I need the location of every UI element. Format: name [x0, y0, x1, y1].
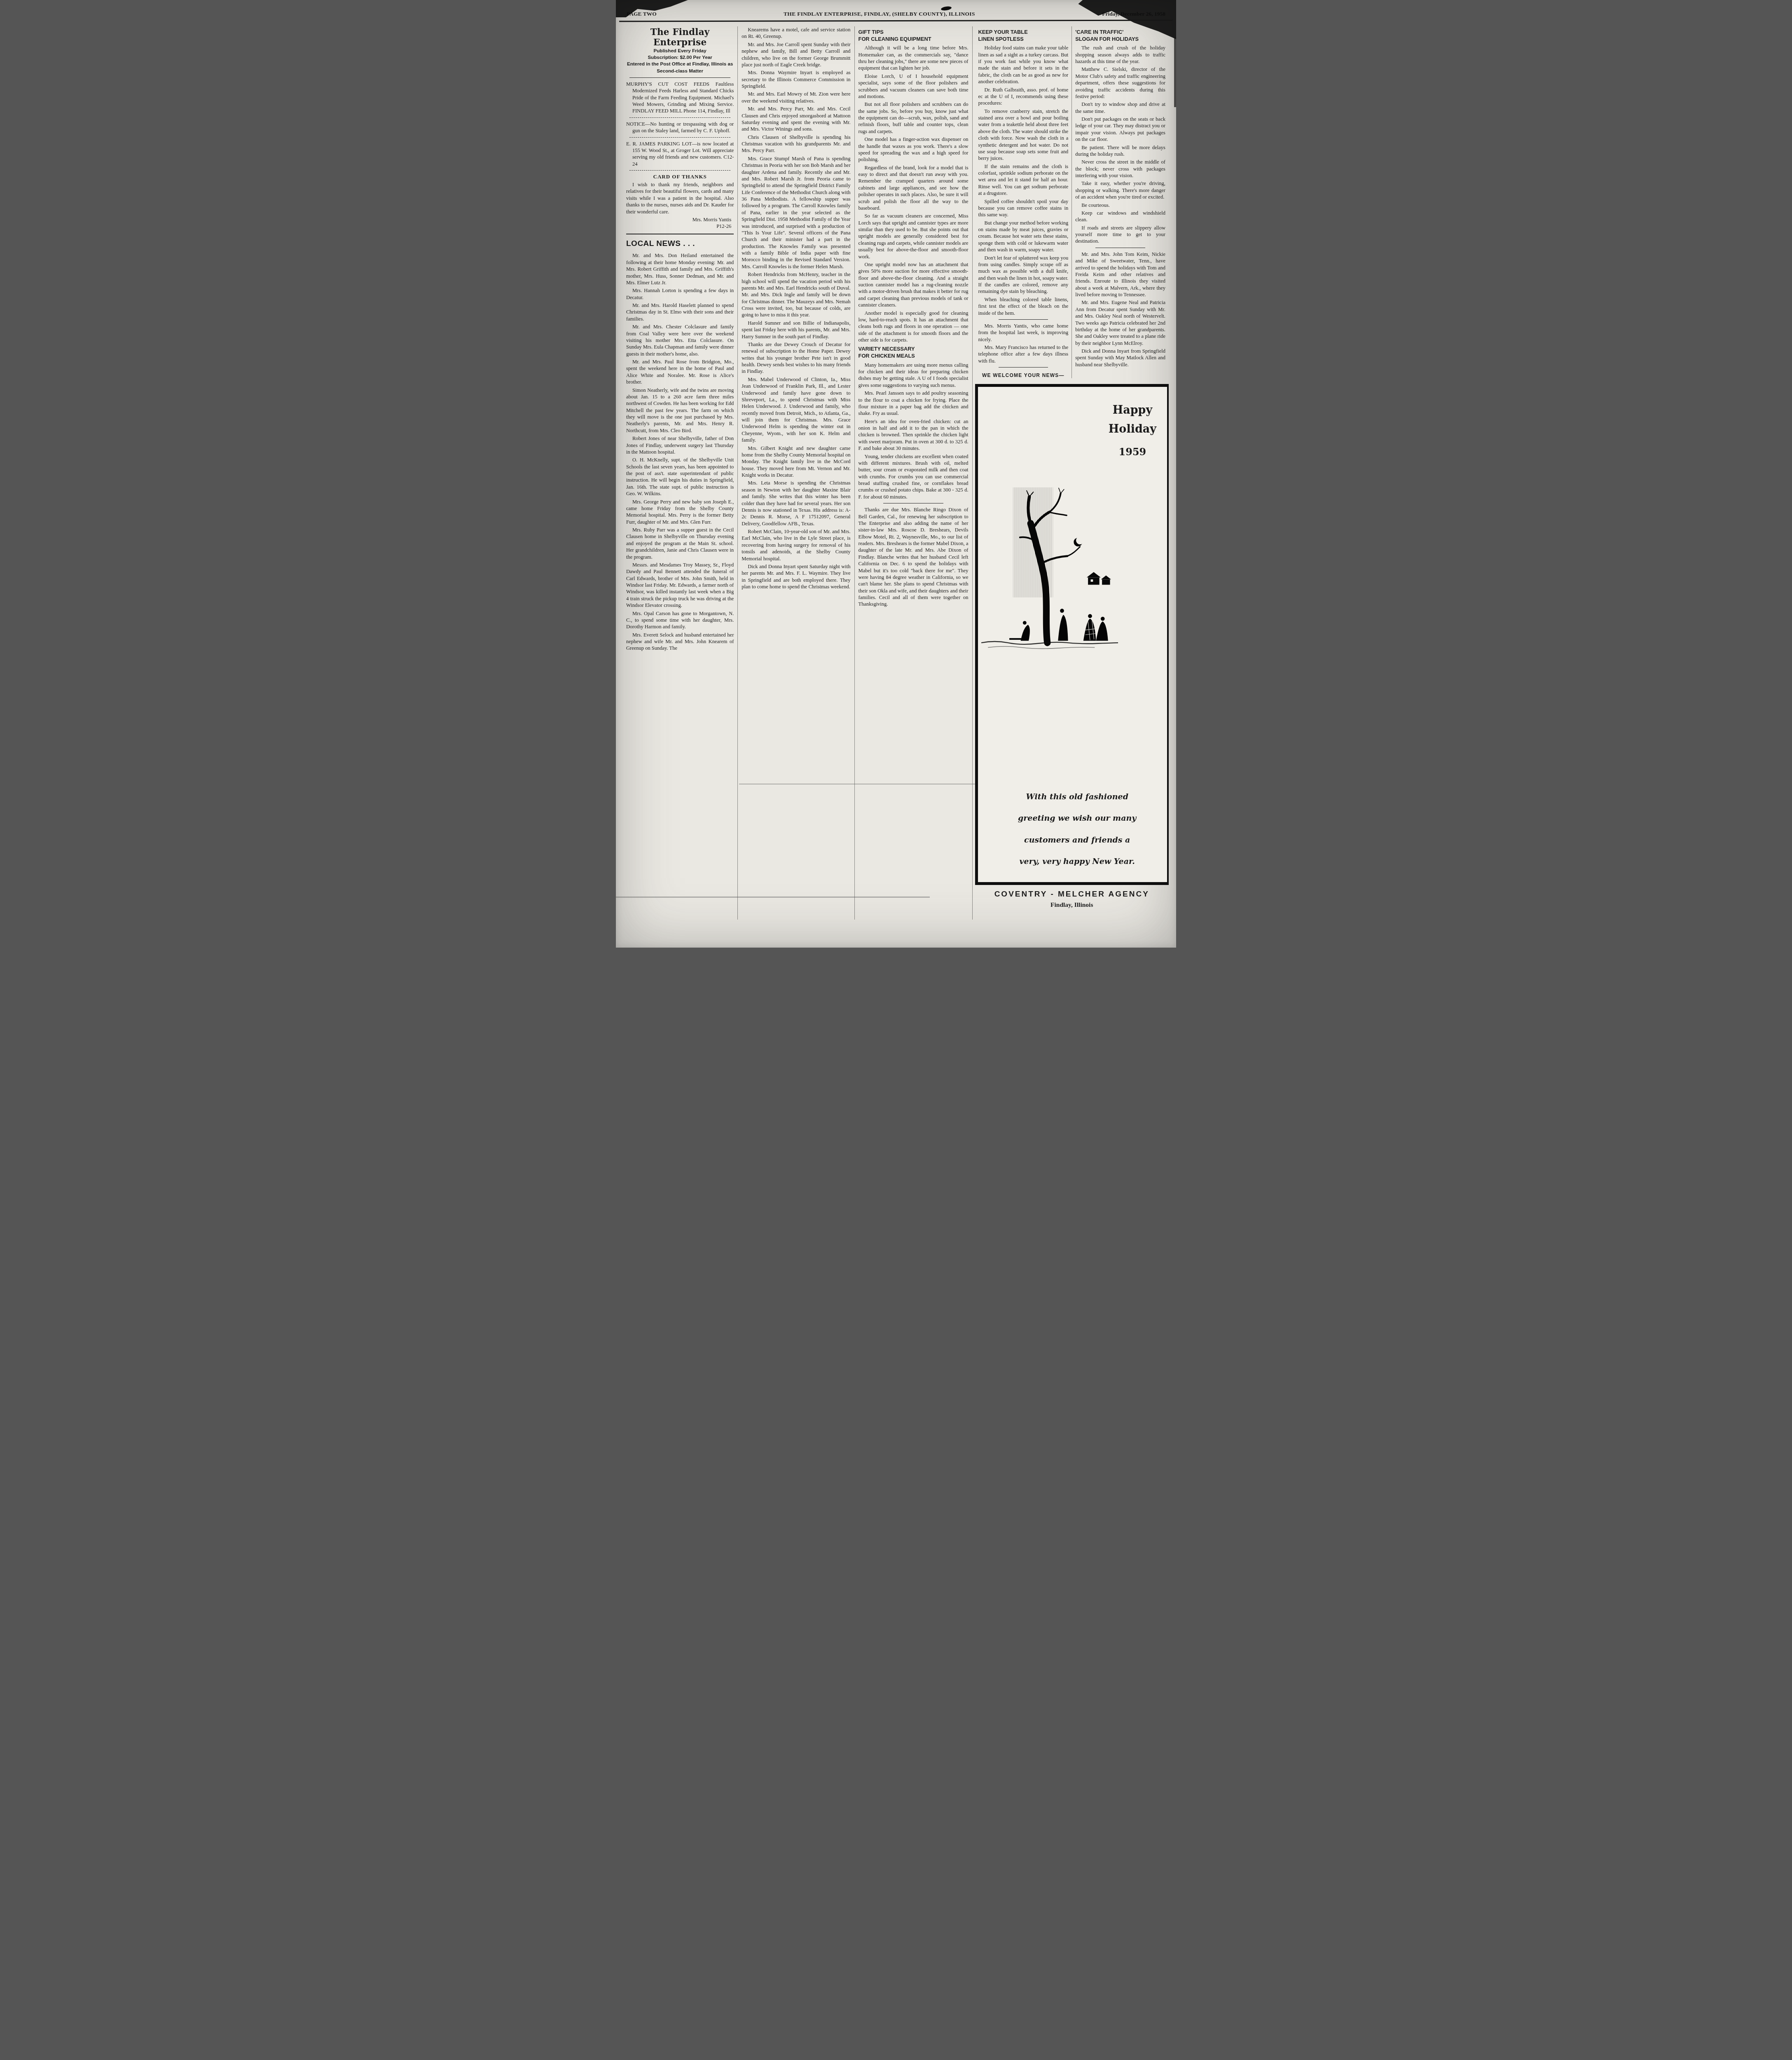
traffic-heading-line1: 'CARE IN TRAFFIC' — [1075, 29, 1123, 35]
news-item: Mrs. Grace Stumpf Marsh of Pana is spend… — [742, 155, 850, 270]
news-item: Mrs. Leta Morse is spending the Christma… — [742, 480, 850, 527]
news-item: Dick and Donna Inyart from Springfield s… — [1075, 348, 1165, 368]
news-item: Mr. and Mrs. Chester Colclasure and fami… — [626, 323, 734, 357]
card-of-thanks-signature: Mrs. Morris Yantis — [626, 216, 734, 223]
newspaper-page: PAGE TWO THE FINDLAY ENTERPRISE, FINDLAY… — [616, 0, 1176, 948]
masthead: The Findlay Enterprise Published Every F… — [626, 27, 734, 75]
greeting-line: customers and friends a — [995, 833, 1160, 847]
agency-name: COVENTRY - MELCHER AGENCY — [976, 890, 1168, 899]
news-item: Mrs. Hannah Lorton is spending a few day… — [626, 287, 734, 301]
agency-location: Findlay, Illinois — [976, 901, 1168, 909]
traffic-heading-line2: SLOGAN FOR HOLIDAYS — [1075, 36, 1139, 42]
variety-heading: VARIETY NECESSARY FOR CHICKEN MEALS — [859, 346, 969, 359]
scan-scratch-line — [616, 897, 930, 898]
linen-heading: KEEP YOUR TABLE LINEN SPOTLESS — [978, 29, 1069, 42]
column-1: The Findlay Enterprise Published Every F… — [622, 26, 737, 920]
traffic-heading: 'CARE IN TRAFFIC' SLOGAN FOR HOLIDAYS — [1075, 29, 1165, 42]
column-5: 'CARE IN TRAFFIC' SLOGAN FOR HOLIDAYS Th… — [1071, 26, 1169, 378]
article-paragraph: Don't let fear of splattered wax keep yo… — [978, 255, 1069, 295]
article-paragraph: Keep car windows and windshield clean. — [1075, 210, 1165, 223]
greeting-line: greeting we wish our many — [995, 812, 1160, 825]
article-paragraph: When bleaching colored table linens, fir… — [978, 296, 1069, 316]
news-item: Chris Clausen of Shelbyville is spending… — [742, 134, 850, 154]
gift-tips-article: Although it will be a long time before M… — [859, 44, 969, 343]
rule-divider — [999, 367, 1048, 368]
article-paragraph: If roads and streets are slippery allow … — [1075, 225, 1165, 245]
year-1959: 1959 — [1109, 444, 1156, 461]
holiday-ad-frame: Happy Holiday 1959 With this old fashion… — [975, 384, 1169, 885]
news-item: Mrs. Mabel Underwood of Clinton, Ia., Mi… — [742, 376, 850, 444]
greeting-line: very, very happy New Year. — [995, 855, 1160, 868]
rule-divider — [626, 234, 734, 234]
news-item: Harold Sumner and son Billie of Indianap… — [742, 320, 850, 340]
article-paragraph: Be courteous. — [1075, 202, 1165, 208]
classified-murphys-feed: MURPHY'S CUT COST FEEDS Faultless Modern… — [626, 81, 734, 115]
masthead-frequency: Published Every Friday — [626, 48, 734, 54]
rule-divider — [629, 137, 731, 138]
news-item: Mr. and Mrs. Harold Haselett planned to … — [626, 302, 734, 322]
article-paragraph: Be patient. There will be more delays du… — [1075, 144, 1165, 158]
news-item: Dick and Donna Inyart spent Saturday nig… — [742, 563, 850, 590]
article-paragraph: Eloise Lorch, U of I household equipment… — [859, 73, 969, 100]
news-item: Simon Neatherly, wife and the twins are … — [626, 387, 734, 434]
newspaper-name-header: THE FINDLAY ENTERPRISE, FINDLAY, (SHELBY… — [661, 11, 1098, 17]
masthead-postal: Entered in the Post Office at Findlay, I… — [626, 61, 734, 74]
rule-divider — [883, 503, 944, 503]
article-paragraph: Mrs. Pearl Janssen says to add poultry s… — [859, 390, 969, 417]
village-houses — [1086, 572, 1111, 585]
traffic-article: The rush and crush of the holiday shoppi… — [1075, 44, 1165, 245]
article-paragraph: One model has a finger-action wax dispen… — [859, 136, 969, 163]
article-paragraph: If the stain remains and the cloth is co… — [978, 163, 1069, 197]
scan-edge-artifact — [1174, 37, 1176, 107]
news-item: Mrs. Gilbert Knight and new daughter cam… — [742, 445, 850, 479]
happy-holiday-text: Happy Holiday 1959 — [1109, 401, 1156, 461]
column-3: GIFT TIPS FOR CLEANING EQUIPMENT Althoug… — [854, 26, 972, 920]
card-of-thanks: CARD OF THANKS I wish to thank my friend… — [626, 173, 734, 229]
column-2: Knearems have a motel, cafe and service … — [737, 26, 854, 920]
linen-heading-line1: KEEP YOUR TABLE — [978, 29, 1028, 35]
article-paragraph: Young, tender chickens are excellent whe… — [859, 453, 969, 501]
right-section: KEEP YOUR TABLE LINEN SPOTLESS Holiday f… — [972, 26, 1170, 920]
linen-heading-line2: LINEN SPOTLESS — [978, 36, 1024, 42]
right-columns: KEEP YOUR TABLE LINEN SPOTLESS Holiday f… — [975, 26, 1169, 378]
gift-tips-heading-line2: FOR CLEANING EQUIPMENT — [859, 36, 931, 42]
classified-notice-no-hunting: NOTICE—No hunting or trespassing with do… — [626, 121, 734, 134]
news-item: Knearems have a motel, cafe and service … — [742, 26, 850, 40]
news-item: Messrs. and Mesdames Troy Massey, Sr., F… — [626, 562, 734, 609]
article-paragraph: Dr. Ruth Galbraith, asso. prof. of home … — [978, 87, 1069, 107]
article-paragraph: The rush and crush of the holiday shoppi… — [1075, 44, 1165, 65]
news-item: Robert Hendricks from McHenry, teacher i… — [742, 271, 850, 318]
article-paragraph: Matthew C. Sielski, director of the Moto… — [1075, 66, 1165, 100]
news-item: Mrs. Opal Carson has gone to Morgantown,… — [626, 610, 734, 630]
news-item: Mrs. George Perry and new baby son Josep… — [626, 499, 734, 526]
news-item: Mrs. Ruby Parr was a supper guest in the… — [626, 527, 734, 560]
news-item: Mr. and Mrs. Earl Mowry of Mt. Zion were… — [742, 91, 850, 104]
news-item: Mrs. Morris Yantis, who came home from t… — [978, 323, 1069, 343]
gift-tips-heading: GIFT TIPS FOR CLEANING EQUIPMENT — [859, 29, 969, 42]
article-paragraph: One upright model now has an attachment … — [859, 261, 969, 309]
holiday-word: Holiday — [1109, 420, 1156, 439]
local-news-column-5: Mr. and Mrs. John Tom Keim, Nickie and M… — [1075, 251, 1165, 368]
local-news-heading: LOCAL NEWS . . . — [626, 239, 734, 248]
article-paragraph: Holiday food stains can make your table … — [978, 44, 1069, 85]
variety-heading-line1: VARIETY NECESSARY — [859, 346, 915, 352]
news-item: Robert McClain, 10-year-old son of Mr. a… — [742, 528, 850, 562]
column-4: KEEP YOUR TABLE LINEN SPOTLESS Holiday f… — [975, 26, 1072, 378]
news-item: Mr. and Mrs. Eugene Neal and Patricia An… — [1075, 299, 1165, 346]
article-paragraph: Don't put packages on the seats or back … — [1075, 116, 1165, 143]
happy-word: Happy — [1109, 401, 1156, 420]
masthead-subscription: Subscription: $2.00 Per Year — [626, 54, 734, 61]
article-paragraph: Here's an idea for oven-fried chicken: c… — [859, 418, 969, 452]
news-item: Thanks are due Dewey Crouch of Decatur f… — [742, 341, 850, 375]
ad-greeting-script: With this old fashionedgreeting we wish … — [995, 782, 1160, 876]
news-item: Mrs. Everett Selock and husband entertai… — [626, 632, 734, 652]
news-item: Mr. and Mrs. Don Heiland entertained the… — [626, 252, 734, 286]
news-item: Robert Jones of near Shelbyville, father… — [626, 435, 734, 455]
article-paragraph: Many homemakers are using more menus cal… — [859, 362, 969, 389]
dixon-subscription-note: Thanks are due Mrs. Blanche Ringo Dixon … — [859, 506, 969, 608]
card-of-thanks-code: P12-26 — [626, 223, 734, 229]
news-item: Mr. and Mrs. John Tom Keim, Nickie and M… — [1075, 251, 1165, 298]
article-paragraph: Another model is especially good for cle… — [859, 310, 969, 344]
linen-article: Holiday food stains can make your table … — [978, 44, 1069, 316]
greeting-line: With this old fashioned — [995, 790, 1160, 804]
news-item: Mr. and Mrs. Paul Rose from Bridgton, Mo… — [626, 358, 734, 386]
classified-parking-lot: E. R. JAMES PARKING LOT—is now located a… — [626, 140, 734, 168]
rule-divider — [629, 77, 731, 78]
winter-scene-illustration — [978, 387, 1118, 753]
news-item: O. H. McKnelly, supt. of the Shelbyville… — [626, 456, 734, 497]
card-of-thanks-body: I wish to thank my friends, neighbors an… — [626, 181, 734, 215]
gift-tips-heading-line1: GIFT TIPS — [859, 29, 884, 35]
newspaper-title: The Findlay Enterprise — [626, 27, 734, 48]
rule-divider — [629, 117, 731, 118]
article-paragraph: But change your method before working on… — [978, 220, 1069, 253]
article-paragraph: Although it will be a long time before M… — [859, 44, 969, 72]
card-of-thanks-heading: CARD OF THANKS — [626, 173, 734, 180]
news-item: Mrs. Donna Waymire Inyart is employed as… — [742, 69, 850, 89]
variety-heading-line2: FOR CHICKEN MEALS — [859, 353, 915, 359]
rule-divider — [999, 319, 1048, 320]
column-layout: The Findlay Enterprise Published Every F… — [616, 21, 1176, 920]
local-news-column-2: Knearems have a motel, cafe and service … — [742, 26, 850, 590]
news-item: Mr. and Mrs. Joe Carroll spent Sunday wi… — [742, 41, 850, 68]
article-paragraph: Never cross the street in the middle of … — [1075, 159, 1165, 179]
rule-divider — [629, 170, 731, 171]
hospital-notes: Mrs. Morris Yantis, who came home from t… — [978, 323, 1069, 364]
article-paragraph: Spilled coffee shouldn't spoil your day … — [978, 198, 1069, 218]
rule-divider — [1095, 248, 1145, 248]
article-paragraph: So far as vacuum cleaners are concerned,… — [859, 213, 969, 260]
article-paragraph: But not all floor polishers and scrubber… — [859, 101, 969, 135]
holiday-ad: Happy Holiday 1959 With this old fashion… — [975, 384, 1169, 909]
article-paragraph: Regardless of the brand, look for a mode… — [859, 164, 969, 212]
news-item: Mrs. Mary Francisco has returned to the … — [978, 344, 1069, 364]
welcome-your-news-line: WE WELCOME YOUR NEWS— — [978, 372, 1069, 378]
article-paragraph: Don't try to window shop and drive at th… — [1075, 101, 1165, 115]
news-item: Mr. and Mrs. Percy Parr, Mr. and Mrs. Ce… — [742, 105, 850, 133]
article-paragraph: To remove cranberry stain, stretch the s… — [978, 108, 1069, 162]
local-news-column-1: Mr. and Mrs. Don Heiland entertained the… — [626, 252, 734, 651]
ad-agency-block: COVENTRY - MELCHER AGENCY Findlay, Illin… — [975, 885, 1169, 909]
article-paragraph: Take it easy, whether you're driving, sh… — [1075, 180, 1165, 200]
variety-article: Many homemakers are using more menus cal… — [859, 362, 969, 501]
